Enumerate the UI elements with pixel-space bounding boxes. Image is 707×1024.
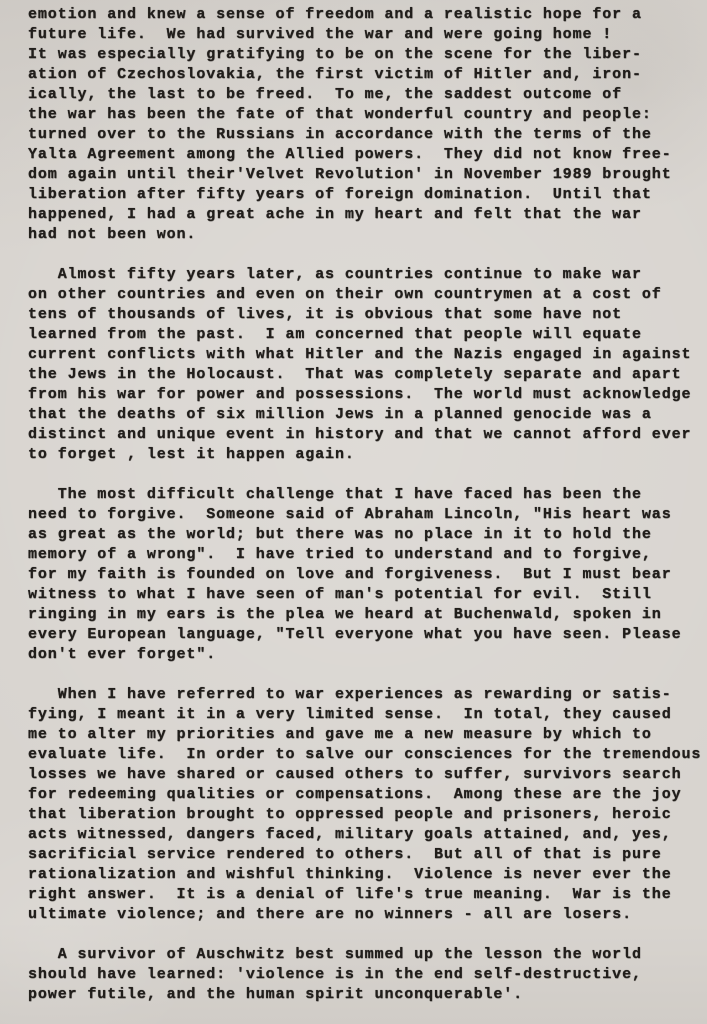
paragraph: emotion and knew a sense of freedom and … [28,5,703,245]
typewritten-text: emotion and knew a sense of freedom and … [28,5,703,1005]
paragraph: When I have referred to war experiences … [28,685,703,925]
paragraph: Almost fifty years later, as countries c… [28,265,703,465]
paragraph: The most difficult challenge that I have… [28,485,703,665]
paragraph: A survivor of Auschwitz best summed up t… [28,945,703,1005]
